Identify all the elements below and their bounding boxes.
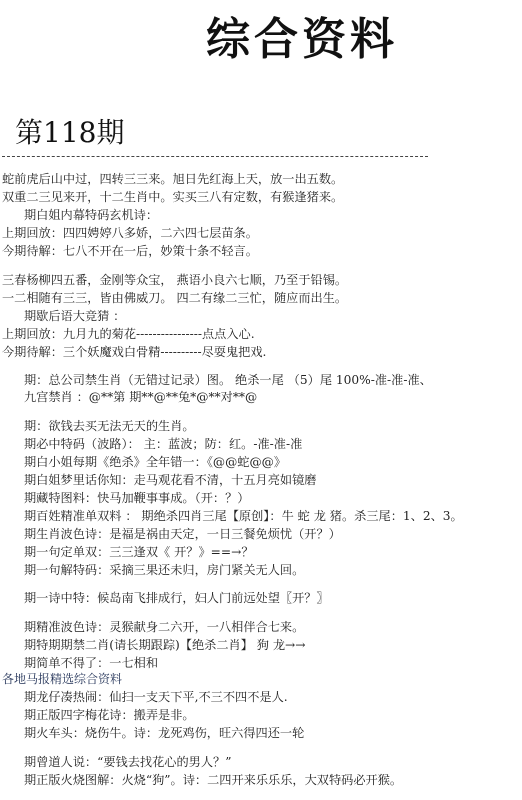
text-line: 期一句定单双：三三逢双《 开？》==→？: [24, 544, 254, 560]
text-line: 期：总公司禁生肖（无错过记录）图。 绝杀一尾 （5）尾 100%-准-准-准、: [24, 372, 432, 388]
text-line: 期曾道人说：“要钱去找花心的男人？”: [24, 754, 231, 770]
text-line: 期歇后语大竞猜 ：: [24, 308, 125, 324]
text-line: 期火车头：烧伤牛。诗：龙死鸡伤，旺六得四还一轮: [24, 725, 304, 741]
text-line: 期：欲钱去买无法无天的生肖。: [24, 418, 195, 434]
text-line: 期正版火烧图解：火烧“狗”。诗：二四开来乐乐乐，大双特码必开猴。: [24, 772, 402, 788]
page-title: 综合资料: [206, 12, 398, 68]
text-line: 上期回放：四四娉婷八多娇，二六四七层苗条。: [2, 225, 258, 241]
issue-number: 第118期: [15, 116, 124, 150]
text-line: 今期待解：七八不开在一后，妙策十条不轻言。: [2, 243, 258, 259]
text-line: 期特期期禁二肖(请长期跟踪)【绝杀二肖】 狗 龙→→: [24, 637, 305, 653]
text-line: 期一诗中特：候岛南飞排成行，妇人门前远处望〖开？〗: [24, 590, 329, 606]
text-line: 期简单不得了：一七相和: [24, 655, 158, 671]
section-heading: 各地马报精选综合资料: [2, 671, 122, 687]
text-line: 一二相随有三三，皆由佛威刀。 四二有缘二三忙，随应而出生。: [2, 290, 347, 306]
text-line: 期精准波色诗：灵猴献身二六开，一八相伴合七来。: [24, 619, 304, 635]
text-line: 期百姓精准单双料 ： 期绝杀四肖三尾【原创】：牛 蛇 龙 猪。杀三尾：1、2、3…: [24, 508, 463, 524]
text-line: 期白姐内幕特码玄机诗：: [24, 207, 158, 223]
text-line: 期白小姐每期《绝杀》全年错一：《@@蛇@@》: [24, 454, 286, 470]
text-line: 蛇前虎后山中过，四转三三来。旭日先红海上天，放一出五数。: [2, 171, 343, 187]
text-line: 期白姐梦里话你知：走马观花看不清，十五月亮如镜磨: [24, 472, 317, 488]
text-line: 三春杨柳四五番，金刚等众宝， 燕语小良六七顺，乃至于铅锡。: [2, 272, 347, 288]
text-line: 期一句解特码：采摘三果还未归，房门紧关无人回。: [24, 562, 304, 578]
text-line: 九宫禁肖 ：@**第 期**@**兔*@**对**@: [24, 389, 257, 405]
text-line: 期正版四字梅花诗：搬弄是非。: [24, 707, 195, 723]
dashed-divider: [2, 156, 428, 157]
text-line: 双重二三见来开，十二生肖中。实买三八有定数，有猴逢猪来。: [2, 189, 343, 205]
text-line: 期必中特码（波路）： 主：蓝波；防：红。-准-准-准: [24, 436, 302, 452]
text-line: 期生肖波色诗：是福是祸由天定，一日三餐免烦忧（开？）: [24, 526, 341, 542]
text-line: 期龙仔凑热闹：仙扫一支天下平,不三不四不是人.: [24, 689, 288, 705]
text-line: 今期待解：三个妖魔戏白骨精----------尽耍鬼把戏.: [2, 344, 266, 360]
text-line: 期藏特图料：快马加鞭事事成。（开：？）: [24, 490, 249, 506]
text-line: 上期回放：九月九的菊花----------------点点入心.: [2, 326, 255, 342]
